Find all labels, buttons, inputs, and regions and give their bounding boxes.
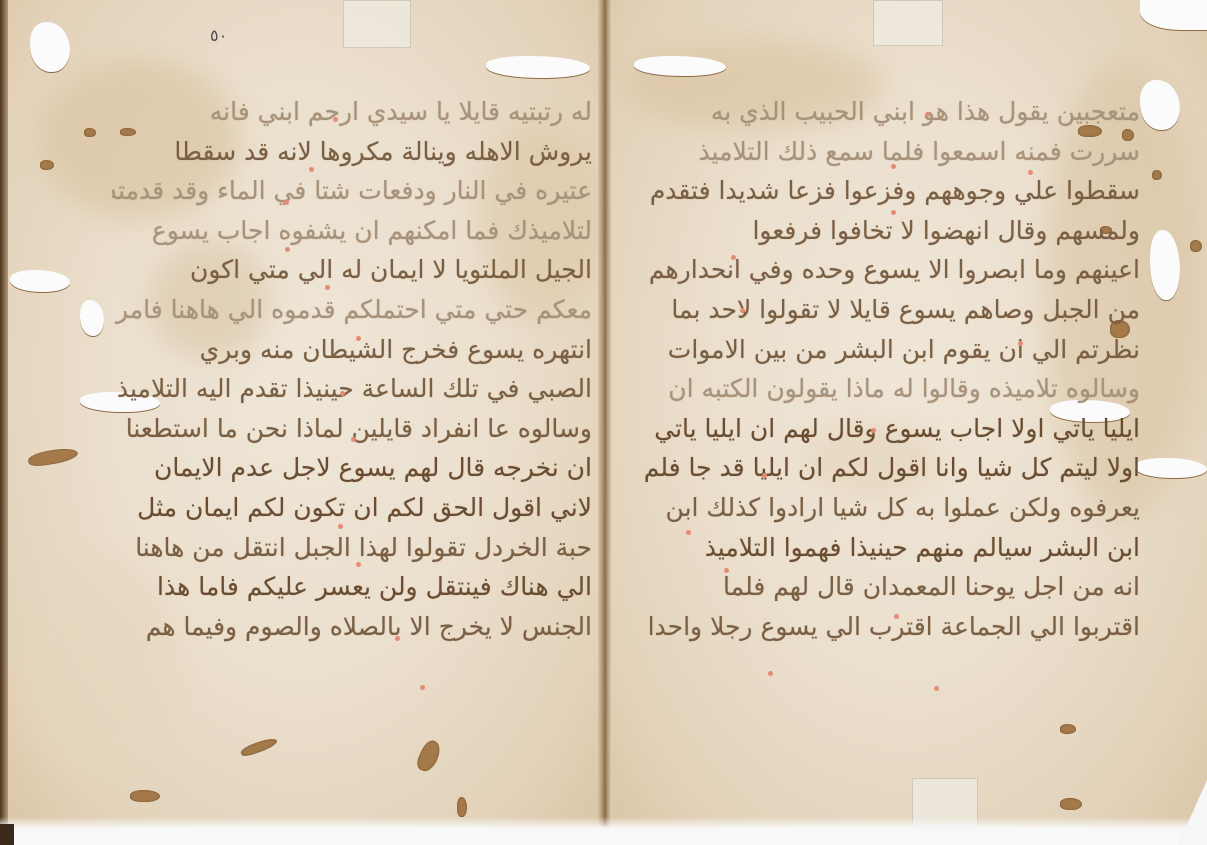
rubric-dot	[356, 562, 361, 567]
rubric-dot	[768, 671, 773, 676]
text-line: سررت فمنه اسمعوا فلما سمع ذلك التلاميذ	[612, 132, 1140, 172]
text-line: سقطوا علي وجوههم وفزعوا فزعا شديدا فتقدم	[612, 171, 1140, 211]
rubric-dot	[925, 112, 930, 117]
rubric-dot	[891, 164, 896, 169]
worm-hole	[130, 790, 160, 802]
text-line: حبة الخردل تقولوا لهذا الجبل انتقل من ها…	[112, 528, 592, 568]
text-line: لتلاميذك فما امكنهم ان يشفوه اجاب يسوع	[112, 211, 592, 251]
rubric-dot	[338, 524, 343, 529]
rubric-dot	[740, 308, 745, 313]
left-page-text: له رتبتيه قايلا يا سيدي ارحم ابني فانه ي…	[112, 92, 592, 646]
rubric-dot	[395, 636, 400, 641]
rubric-dot	[351, 437, 356, 442]
repair-tape	[343, 0, 411, 48]
text-line: الصبي في تلك الساعة حينيذا تقدم اليه الت…	[112, 369, 592, 409]
worm-hole	[1060, 724, 1076, 734]
paper-tear	[10, 270, 70, 292]
worm-hole	[1060, 798, 1082, 810]
worm-hole	[40, 160, 54, 170]
binding-corner	[0, 824, 14, 845]
text-line: الي هناك فينتقل ولن يعسر عليكم فاما هذا	[112, 567, 592, 607]
rubric-dot	[284, 200, 289, 205]
rubric-dot	[356, 336, 361, 341]
text-line: ولمسهم وقال انهضوا لا تخافوا فرفعوا	[612, 211, 1140, 251]
rubric-dot	[309, 167, 314, 172]
rubric-dot	[285, 247, 290, 252]
worm-hole	[1190, 240, 1202, 252]
text-line: انه من اجل يوحنا المعمدان قال لهم فلما	[612, 567, 1140, 607]
paper-tear	[634, 56, 726, 76]
paper-tear	[486, 56, 590, 78]
rubric-dot	[724, 568, 729, 573]
rubric-dot	[1028, 170, 1033, 175]
book-gutter	[598, 0, 612, 845]
text-line: وسالوه تلاميذه وقالوا له ماذا يقولون الك…	[612, 369, 1140, 409]
rubric-dot	[934, 686, 939, 691]
text-line: يعرفوه ولكن عملوا به كل شيا ارادوا كذلك …	[612, 488, 1140, 528]
page-bottom-edge	[0, 817, 1207, 845]
text-line: يروش الاهله وينالة مكروها لانه قد سقطا	[112, 132, 592, 172]
text-line: ان نخرجه قال لهم يسوع لاجل عدم الايمان	[112, 448, 592, 488]
text-line: اقتربوا الي الجماعة اقترب الي يسوع رجلا …	[612, 607, 1140, 647]
text-line: وسالوه عا انفراد قايلين لماذا نحن ما است…	[112, 409, 592, 449]
text-line: اعينهم وما ابصروا الا يسوع وحده وفي انحد…	[612, 250, 1140, 290]
rubric-dot	[325, 285, 330, 290]
rubric-dot	[871, 428, 876, 433]
text-line: معكم حتي متي احتملكم قدموه الي هاهنا فام…	[112, 290, 592, 330]
text-line: له رتبتيه قايلا يا سيدي ارحم ابني فانه	[112, 92, 592, 132]
rubric-dot	[891, 210, 896, 215]
rubric-dot	[686, 530, 691, 535]
repair-tape	[873, 0, 943, 46]
rubric-dot	[420, 685, 425, 690]
text-line: الجيل الملتويا لا ايمان له الي متي اكون	[112, 250, 592, 290]
text-line: الجنس لا يخرج الا بالصلاه والصوم وفيما ه…	[112, 607, 592, 647]
worm-hole	[84, 128, 96, 137]
worm-hole	[1152, 170, 1162, 180]
right-page-text: متعجبين يقول هذا هو ابني الحبيب الذي به …	[612, 92, 1140, 646]
manuscript-spread: ٥٠ له رتبتيه قايلا يا سيدي ارحم ابني فان…	[0, 0, 1207, 845]
paper-tear	[1135, 458, 1207, 478]
binding-edge	[0, 0, 8, 845]
text-line: عتيره في النار ودفعات شتا في الماء وقد ق…	[112, 171, 592, 211]
rubric-dot	[333, 117, 338, 122]
rubric-dot	[731, 255, 736, 260]
text-line: ايليا ياتي اولا اجاب يسوع وقال لهم ان اي…	[612, 409, 1140, 449]
rubric-dot	[340, 391, 345, 396]
text-line: ابن البشر سيالم منهم حينيذا فهموا التلام…	[612, 528, 1140, 568]
text-line: لاني اقول الحق لكم ان تكون لكم ايمان مثل	[112, 488, 592, 528]
text-line: انتهره يسوع فخرج الشيطان منه وبري	[112, 330, 592, 370]
text-line: متعجبين يقول هذا هو ابني الحبيب الذي به	[612, 92, 1140, 132]
rubric-dot	[762, 473, 767, 478]
text-line: نظرتم الي ان يقوم ابن البشر من بين الامو…	[612, 330, 1140, 370]
worm-hole	[457, 797, 467, 817]
rubric-dot	[1018, 341, 1023, 346]
folio-number: ٥٠	[210, 26, 227, 45]
rubric-dot	[894, 614, 899, 619]
text-line: من الجبل وصاهم يسوع قايلا لا تقولوا لاحد…	[612, 290, 1140, 330]
text-line: اولا ليتم كل شيا وانا اقول لكم ان ايليا …	[612, 448, 1140, 488]
